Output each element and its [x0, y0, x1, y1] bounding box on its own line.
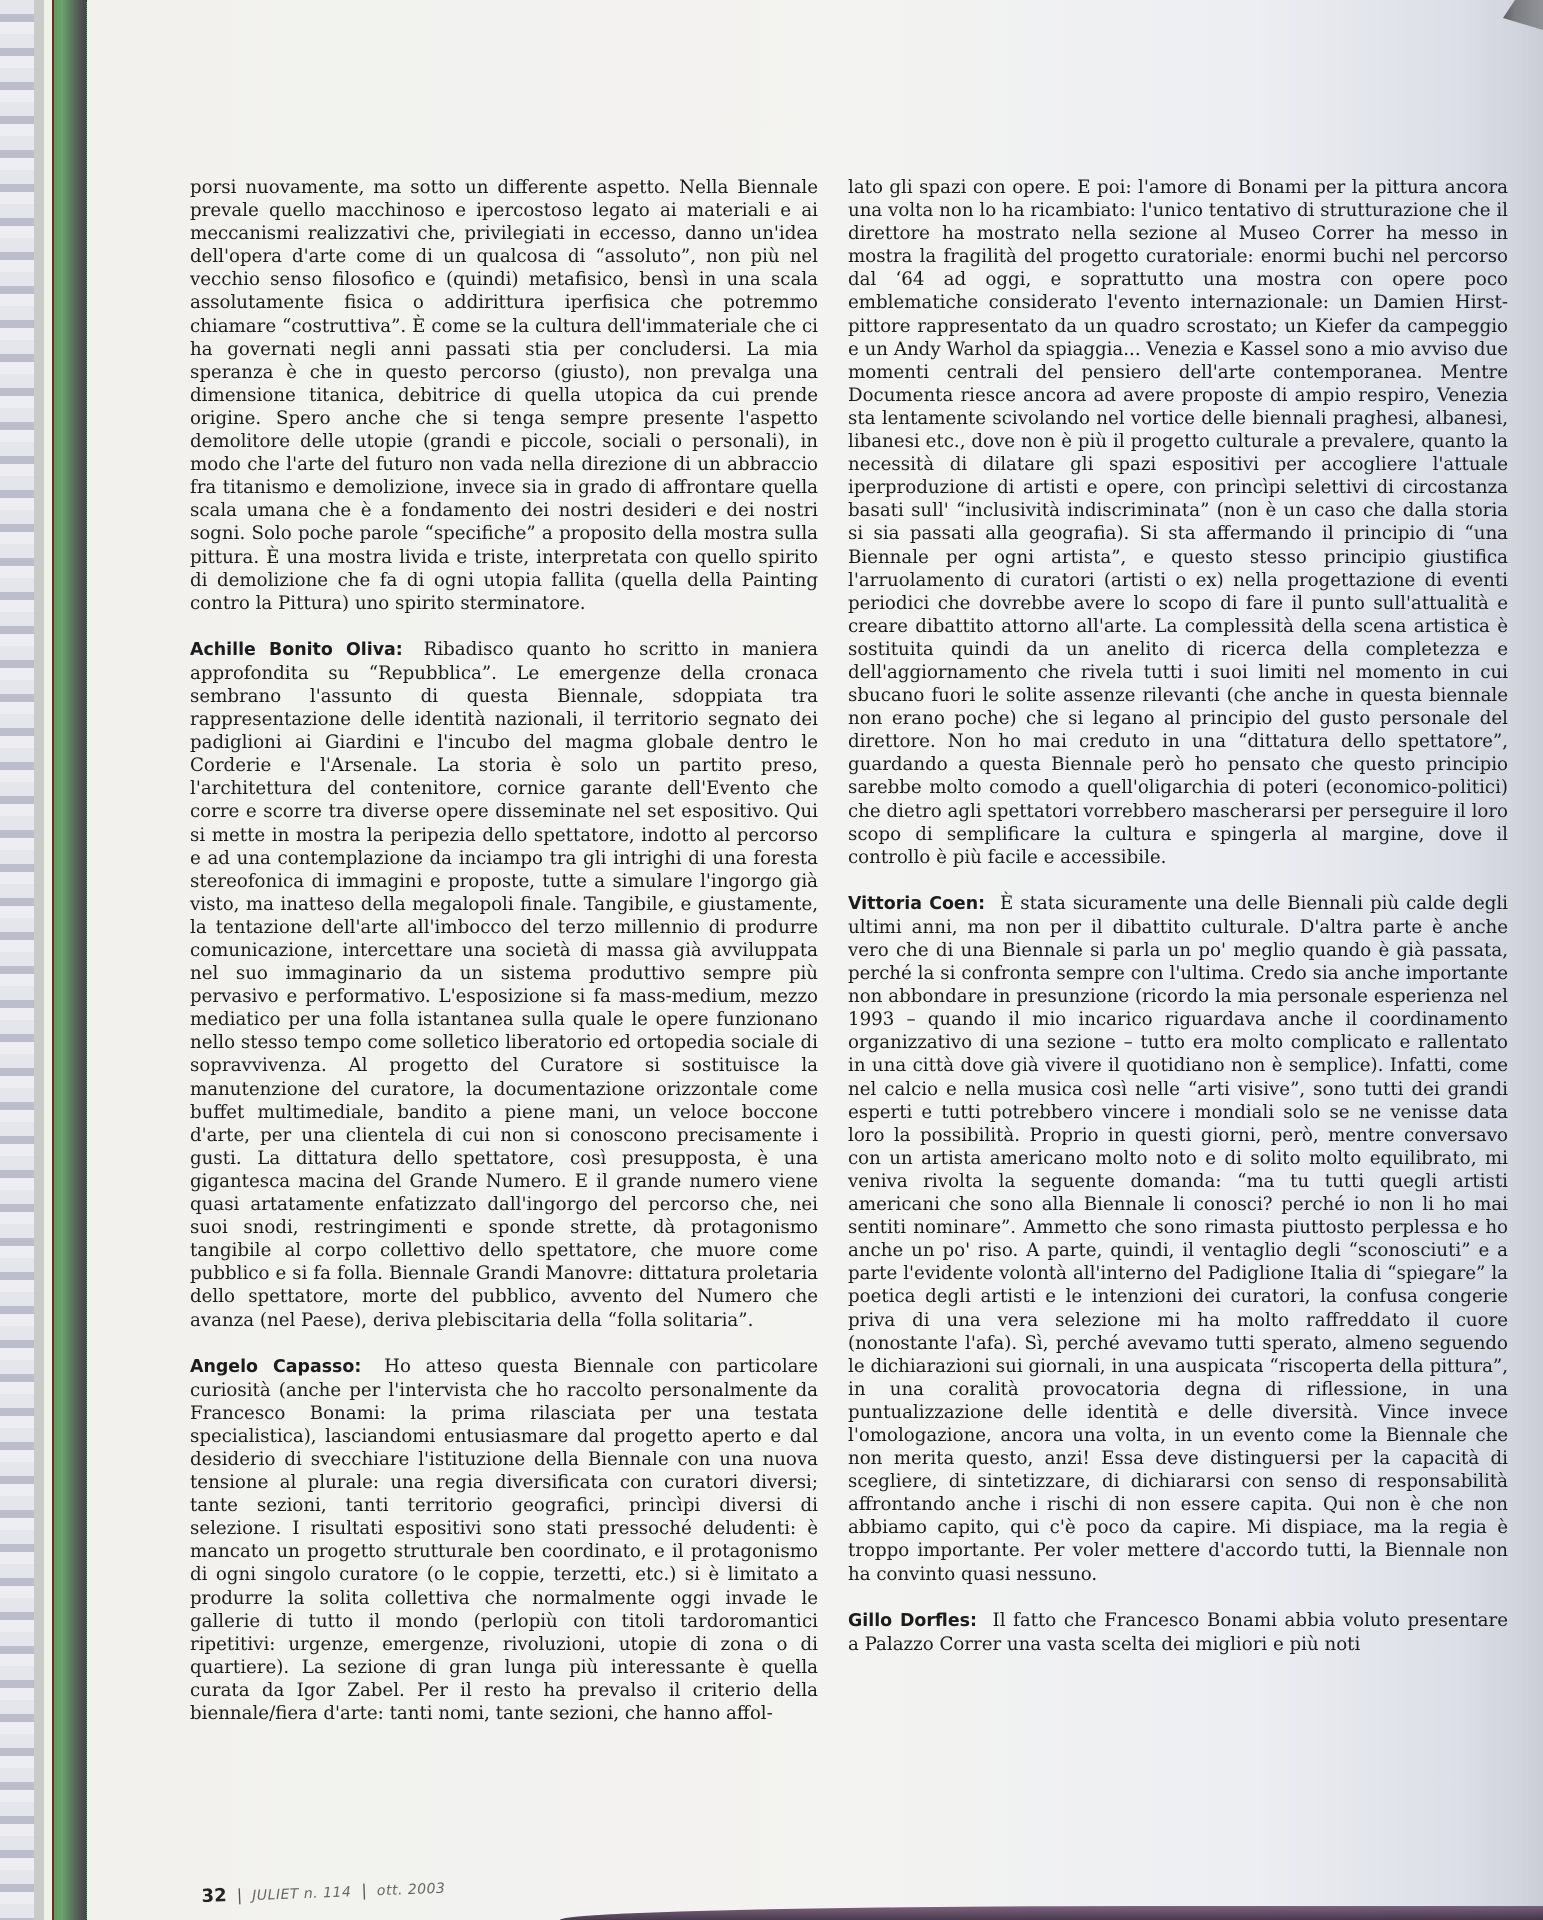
speaker-name: Achille Bonito Oliva:	[190, 640, 403, 660]
paragraph-continuation: porsi nuovamente, ma sotto un differente…	[190, 176, 818, 615]
speaker-name: Angelo Capasso:	[190, 1357, 361, 1377]
paragraph-text: È stata sicuramente una delle Biennali p…	[848, 893, 1508, 1585]
magazine-issue: JULIET n. 114	[252, 1884, 352, 1904]
binding-strip	[44, 0, 54, 1920]
paragraph-text: lato gli spazi con opere. E poi: l'amore…	[848, 177, 1508, 868]
speaker-name: Vittoria Coen:	[848, 894, 985, 914]
paragraph-angelo-capasso: Angelo Capasso: Ho atteso questa Biennal…	[190, 1355, 818, 1726]
paragraph-achille-bonito-oliva: Achille Bonito Oliva: Ribadisco quanto h…	[190, 638, 818, 1332]
footer-separator: |	[236, 1885, 242, 1904]
paragraph-vittoria-coen: Vittoria Coen: È stata sicuramente una d…	[848, 892, 1508, 1586]
page-stack-edge	[0, 0, 34, 1920]
right-text-column: lato gli spazi con opere. E poi: l'amore…	[848, 176, 1508, 1679]
paragraph-text: porsi nuovamente, ma sotto un differente…	[190, 177, 818, 614]
facing-page-green-edge	[54, 0, 87, 1920]
speaker-name: Gillo Dorfles:	[848, 1611, 977, 1631]
left-text-column: porsi nuovamente, ma sotto un differente…	[190, 176, 818, 1748]
issue-date: ott. 2003	[377, 1881, 446, 1900]
paragraph-text: Ribadisco quanto ho scritto in maniera a…	[190, 639, 818, 1331]
paragraph-text: Ho atteso questa Biennale con particolar…	[190, 1356, 818, 1724]
paragraph-continuation: lato gli spazi con opere. E poi: l'amore…	[848, 176, 1508, 869]
page-number: 32	[201, 1885, 227, 1907]
footer-separator: |	[361, 1881, 367, 1900]
paragraph-gillo-dorfles: Gillo Dorfles: Il fatto che Francesco Bo…	[848, 1609, 1508, 1656]
page-corner-shadow	[1503, 0, 1543, 30]
